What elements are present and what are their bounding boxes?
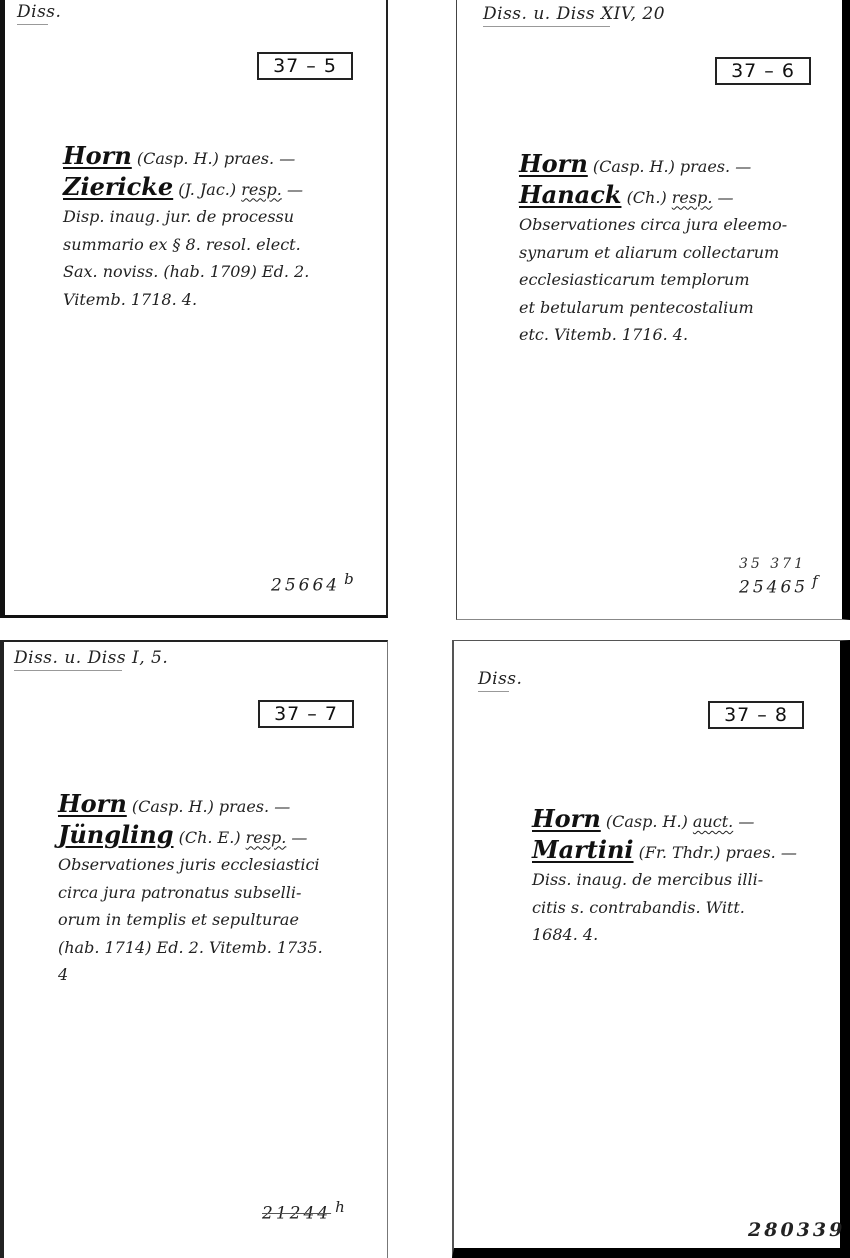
accession-number: 25664b (271, 570, 354, 596)
title-line: Observationes circa jura eleemo- (519, 211, 787, 239)
accession-suffix: b (344, 570, 354, 588)
title-line: 1684. 4. (532, 921, 797, 949)
title-line: orum in templis et sepulturae (58, 906, 323, 934)
title-line: Vitemb. 1718. 4. (63, 286, 309, 314)
respondent-role: resp. (246, 828, 287, 847)
title-line: citis s. contrabandis. Witt. (532, 894, 797, 922)
title-line: (hab. 1714) Ed. 2. Vitemb. 1735. (58, 934, 323, 962)
accession-suffix: h (335, 1198, 345, 1216)
accession-value: 21244 (262, 1204, 331, 1224)
accession-suffix: f (812, 572, 818, 590)
catalog-card-1: Diss. 37 – 5 Horn (Casp. H.) praes. — Zi… (0, 0, 388, 618)
catalog-card-3: Diss. u. Diss I, 5. 37 – 7 Horn (Casp. H… (0, 640, 388, 1258)
dash: — (718, 188, 734, 207)
author-line: Horn (Casp. H.) praes. — (63, 142, 309, 173)
title-line: Diss. inaug. de mercibus illi- (532, 866, 797, 894)
title-line: summario ex § 8. resol. elect. (63, 231, 309, 259)
shelfmark-label: 37 – 6 (715, 57, 811, 85)
respondent-name: Hanack (519, 180, 621, 209)
author-role: auct. (693, 812, 733, 831)
accession-number: 35 371 25465f (739, 556, 818, 598)
author-role: praes. — (680, 157, 751, 176)
respondent-role: resp. (241, 180, 282, 199)
collection-note: Diss. u. Diss I, 5. (14, 648, 168, 671)
respondent-initials: (Ch.) (627, 188, 667, 207)
respondent-name: Jüngling (58, 820, 174, 849)
author-name: Horn (58, 789, 127, 818)
shelfmark-label: 37 – 7 (258, 700, 354, 728)
title-line: et betularum pentecostalium (519, 294, 787, 322)
author-name: Horn (63, 141, 132, 170)
title-line: Observationes juris ecclesiastici (58, 851, 323, 879)
title-line: Disp. inaug. jur. de processu (63, 203, 309, 231)
dash: — (291, 828, 307, 847)
shelfmark-label: 37 – 5 (257, 52, 353, 80)
accession-old-value: 35 371 (739, 556, 818, 572)
praeses-role: praes. — (726, 843, 797, 862)
collection-note: Diss. (478, 669, 522, 692)
author-role: praes. — (224, 149, 295, 168)
title-line: ecclesiasticarum templorum (519, 266, 787, 294)
respondent-initials: (J. Jac.) (178, 180, 236, 199)
accession-value: 280339 (748, 1219, 845, 1241)
author-line: Horn (Casp. H.) praes. — (58, 790, 323, 821)
respondent-line: Hanack (Ch.) resp. — (519, 181, 787, 212)
dash: — (738, 812, 754, 831)
title-line: Sax. noviss. (hab. 1709) Ed. 2. (63, 258, 309, 286)
shelfmark-label: 37 – 8 (708, 701, 804, 729)
author-name: Horn (532, 804, 601, 833)
respondent-role: resp. (672, 188, 713, 207)
catalog-card-2: Diss. u. Diss XIV, 20 37 – 6 Horn (Casp.… (456, 0, 850, 620)
accession-value: 25664 (271, 576, 340, 596)
author-initials: (Casp. H.) (593, 157, 675, 176)
dash: — (287, 180, 303, 199)
accession-value: 25465 (739, 578, 808, 598)
author-initials: (Casp. H.) (137, 149, 219, 168)
title-line: 4 (58, 961, 323, 989)
accession-number: 21244h (262, 1198, 345, 1224)
bibliographic-entry: Horn (Casp. H.) praes. — Jüngling (Ch. E… (58, 790, 323, 989)
title-line: synarum et aliarum collectarum (519, 239, 787, 267)
author-line: Horn (Casp. H.) auct. — (532, 805, 797, 836)
catalog-card-4: Diss. 37 – 8 Horn (Casp. H.) auct. — Mar… (452, 640, 850, 1258)
praeses-initials: (Fr. Thdr.) (639, 843, 721, 862)
author-role: praes. — (219, 797, 290, 816)
title-line: etc. Vitemb. 1716. 4. (519, 321, 787, 349)
respondent-initials: (Ch. E.) (179, 828, 241, 847)
author-initials: (Casp. H.) (606, 812, 688, 831)
praeses-name: Martini (532, 835, 634, 864)
collection-note: Diss. u. Diss XIV, 20 (483, 4, 665, 27)
title-line: circa jura patronatus subselli- (58, 879, 323, 907)
author-initials: (Casp. H.) (132, 797, 214, 816)
bibliographic-entry: Horn (Casp. H.) auct. — Martini (Fr. Thd… (532, 805, 797, 949)
accession-number: 280339 (748, 1219, 845, 1241)
bibliographic-entry: Horn (Casp. H.) praes. — Ziericke (J. Ja… (63, 142, 309, 313)
author-name: Horn (519, 149, 588, 178)
author-line: Horn (Casp. H.) praes. — (519, 150, 787, 181)
collection-note: Diss. (17, 2, 61, 25)
respondent-line: Ziericke (J. Jac.) resp. — (63, 173, 309, 204)
praeses-line: Martini (Fr. Thdr.) praes. — (532, 836, 797, 867)
respondent-name: Ziericke (63, 172, 173, 201)
respondent-line: Jüngling (Ch. E.) resp. — (58, 821, 323, 852)
bibliographic-entry: Horn (Casp. H.) praes. — Hanack (Ch.) re… (519, 150, 787, 349)
